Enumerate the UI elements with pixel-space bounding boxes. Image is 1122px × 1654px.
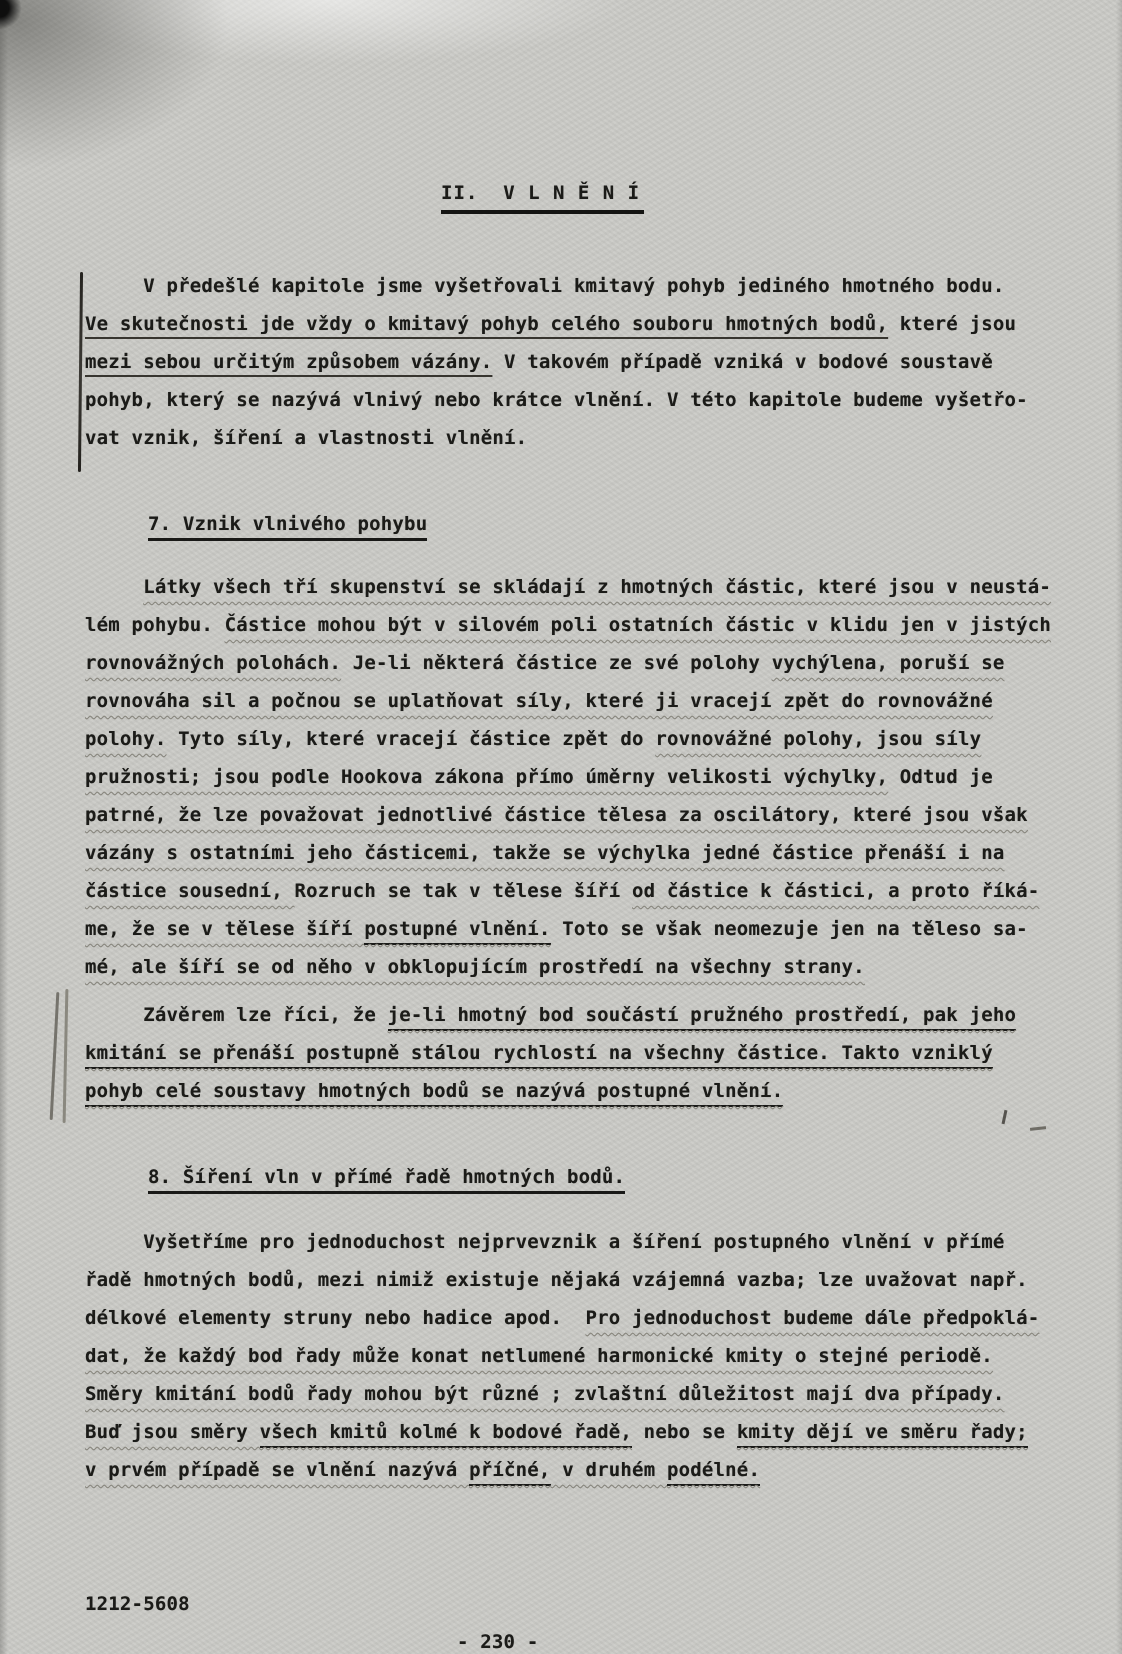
text-line: Buď jsou směry všech kmitů kolmé k bodov… [85, 1413, 1039, 1451]
text-segment: me, že se v tělese šíří [85, 918, 364, 940]
stray-pen-mark [1030, 1126, 1046, 1130]
text-line: v prvém případě se vlnění nazývá příčné,… [85, 1451, 1039, 1489]
text-segment: rovnováha sil a počnou se uplatňovat síl… [85, 690, 993, 712]
text-line: pružnosti; jsou podle Hookova zákona pří… [85, 758, 1051, 796]
text-line: kmitání se přenáší postupně stálou rychl… [85, 1034, 1016, 1072]
text-line: dat, že každý bod řady může konat netlum… [85, 1337, 1039, 1375]
text-line: V předešlé kapitole jsme vyšetřovali kmi… [85, 267, 1028, 305]
text-line: patrné, že lze považovat jednotlivé část… [85, 796, 1051, 834]
document-code: 1212-5608 [85, 1585, 190, 1623]
text-segment: vázány s ostatními jeho částicemi, takže… [85, 842, 1004, 864]
text-segment: Směry kmitání bodů řady mohou být různé … [85, 1383, 1004, 1405]
text-segment: příčné, [469, 1459, 550, 1486]
stray-pen-mark [1002, 1110, 1007, 1124]
text-line: Ve skutečnosti jde vždy o kmitavý pohyb … [85, 305, 1028, 343]
text-line: vat vznik, šíření a vlastnosti vlnění. [85, 419, 1028, 457]
text-line: vázány s ostatními jeho částicemi, takže… [85, 834, 1051, 872]
text-segment: které jsou [888, 313, 1016, 335]
text-segment: všech kmitů kolmé k bodové řadě, [260, 1421, 632, 1448]
text-line: Závěrem lze říci, že je-li hmotný bod so… [85, 996, 1016, 1034]
text-line: me, že se v tělese šíří postupné vlnění.… [85, 910, 1051, 948]
text-line: řadě hmotných bodů, mezi nimiž existuje … [85, 1261, 1039, 1299]
text-segment: podélné. [667, 1459, 760, 1486]
section-7-paragraph: Látky všech tří skupenství se skládají z… [85, 568, 1051, 986]
text-segment: Vyšetříme pro jednoduchost nejprvevznik … [85, 1231, 1004, 1253]
text-line: mé, ale šíří se od něho v obklopujícím p… [85, 948, 1051, 986]
text-segment: patrné, že lze považovat jednotlivé část… [85, 804, 1028, 826]
page-footer: 1212-5608 - 230 - [85, 1547, 1035, 1585]
text-segment: mé, ale šíří se od něho v obklopujícím p… [85, 956, 865, 978]
text-line: rovnováha sil a počnou se uplatňovat síl… [85, 682, 1051, 720]
text-segment: řadě hmotných bodů, mezi nimiž existuje … [85, 1269, 1028, 1291]
text-segment: lém pohybu. [85, 614, 225, 636]
text-segment: Ve skutečnosti jde vždy o kmitavý pohyb … [85, 313, 888, 335]
text-line: pohyb celé soustavy hmotných bodů se naz… [85, 1072, 1016, 1110]
text-segment: V takovém případě vzniká v bodové sousta… [492, 351, 992, 373]
section-7-heading: 7. Vznik vlnivého pohybu [148, 505, 427, 543]
text-segment: kmitání se přenáší postupně stálou rychl… [85, 1042, 993, 1069]
text-line: Látky všech tří skupenství se skládají z… [85, 568, 1051, 606]
text-segment: pružnosti; jsou podle Hookova zákona pří… [85, 766, 888, 788]
text-segment: vat vznik, šíření a vlastnosti vlnění. [85, 427, 527, 449]
text-segment: polohy. [85, 728, 166, 750]
text-segment: Částice mohou být v silovém poli ostatní… [225, 614, 1051, 636]
text-segment: pohyb, který se nazývá vlnivý nebo krátc… [85, 389, 1028, 411]
text-line: 7. Vznik vlnivého pohybu [148, 505, 427, 543]
scanned-document-page: II. V L N Ě N Í V předešlé kapitole jsme… [0, 0, 1122, 1654]
text-segment: kmity dějí ve směru řady; [737, 1421, 1028, 1448]
text-line: Směry kmitání bodů řady mohou být různé … [85, 1375, 1039, 1413]
intro-paragraph: V předešlé kapitole jsme vyšetřovali kmi… [85, 267, 1028, 457]
text-segment: vychýlena, poruší se [772, 652, 1005, 674]
text-segment: rovnovážné polohy, jsou síly [655, 728, 981, 750]
text-segment: v prvém případě se vlnění nazývá [85, 1459, 469, 1481]
text-line: 8. Šíření vln v přímé řadě hmotných bodů… [148, 1158, 625, 1196]
text-segment: Je-li některá částice ze své polohy [341, 652, 772, 674]
text-segment: Pro jednoduchost budeme dále předpoklá- [585, 1307, 1039, 1329]
text-line: rovnovážných polohách. Je-li některá čás… [85, 644, 1051, 682]
text-segment: Tyto síly, které vracejí částice zpět do [166, 728, 655, 750]
text-segment: mezi sebou určitým způsobem vázány. [85, 351, 492, 373]
text-line: mezi sebou určitým způsobem vázány. V ta… [85, 343, 1028, 381]
text-segment: pohyb celé soustavy hmotných bodů se naz… [85, 1080, 783, 1107]
text-segment: 7. Vznik vlnivého pohybu [148, 513, 427, 541]
text-segment: Buď jsou směry [85, 1421, 260, 1443]
pencil-margin-line [50, 992, 60, 1120]
text-segment: Rozruch se tak v tělese šíří [295, 880, 633, 902]
text-segment: je-li hmotný bod součástí pružného prost… [388, 1004, 1017, 1031]
text-line: částice sousední, Rozruch se tak v těles… [85, 872, 1051, 910]
text-segment: v druhém [551, 1459, 667, 1481]
page-number: - 230 - [457, 1623, 538, 1654]
text-segment: délkové elementy struny nebo hadice apod… [85, 1307, 585, 1329]
pencil-margin-line [63, 989, 68, 1123]
chapter-title: II. V L N Ě N Í [441, 182, 644, 214]
text-segment: Toto se však neomezuje jen na těleso sa- [551, 918, 1028, 940]
text-line: Vyšetříme pro jednoduchost nejprvevznik … [85, 1223, 1039, 1261]
section-8-heading: 8. Šíření vln v přímé řadě hmotných bodů… [148, 1158, 625, 1196]
text-segment: dat, že každý bod řady může konat netlum… [85, 1345, 993, 1367]
text-segment: postupné vlnění. [364, 918, 550, 945]
text-segment: od částice k částici, a proto říká- [632, 880, 1039, 902]
section-8-paragraph: Vyšetříme pro jednoduchost nejprvevznik … [85, 1223, 1039, 1489]
text-segment: částice sousední, [85, 880, 295, 902]
text-segment [85, 576, 143, 598]
text-segment: nebo se [632, 1421, 737, 1443]
text-line: lém pohybu. Částice mohou být v silovém … [85, 606, 1051, 644]
text-segment: V předešlé kapitole jsme vyšetřovali kmi… [85, 275, 1004, 297]
text-line: délkové elementy struny nebo hadice apod… [85, 1299, 1039, 1337]
text-segment: 8. Šíření vln v přímé řadě hmotných bodů… [148, 1166, 625, 1194]
text-segment: Látky všech tří skupenství se skládají z… [143, 576, 1051, 598]
text-line: polohy. Tyto síly, které vracejí částice… [85, 720, 1051, 758]
text-segment: Odtud je [888, 766, 993, 788]
text-segment: Závěrem lze říci, že [85, 1004, 388, 1026]
conclusion-paragraph: Závěrem lze říci, že je-li hmotný bod so… [85, 996, 1016, 1110]
text-line: pohyb, který se nazývá vlnivý nebo krátc… [85, 381, 1028, 419]
text-segment: rovnovážných polohách. [85, 652, 341, 674]
pen-margin-line [78, 272, 83, 472]
